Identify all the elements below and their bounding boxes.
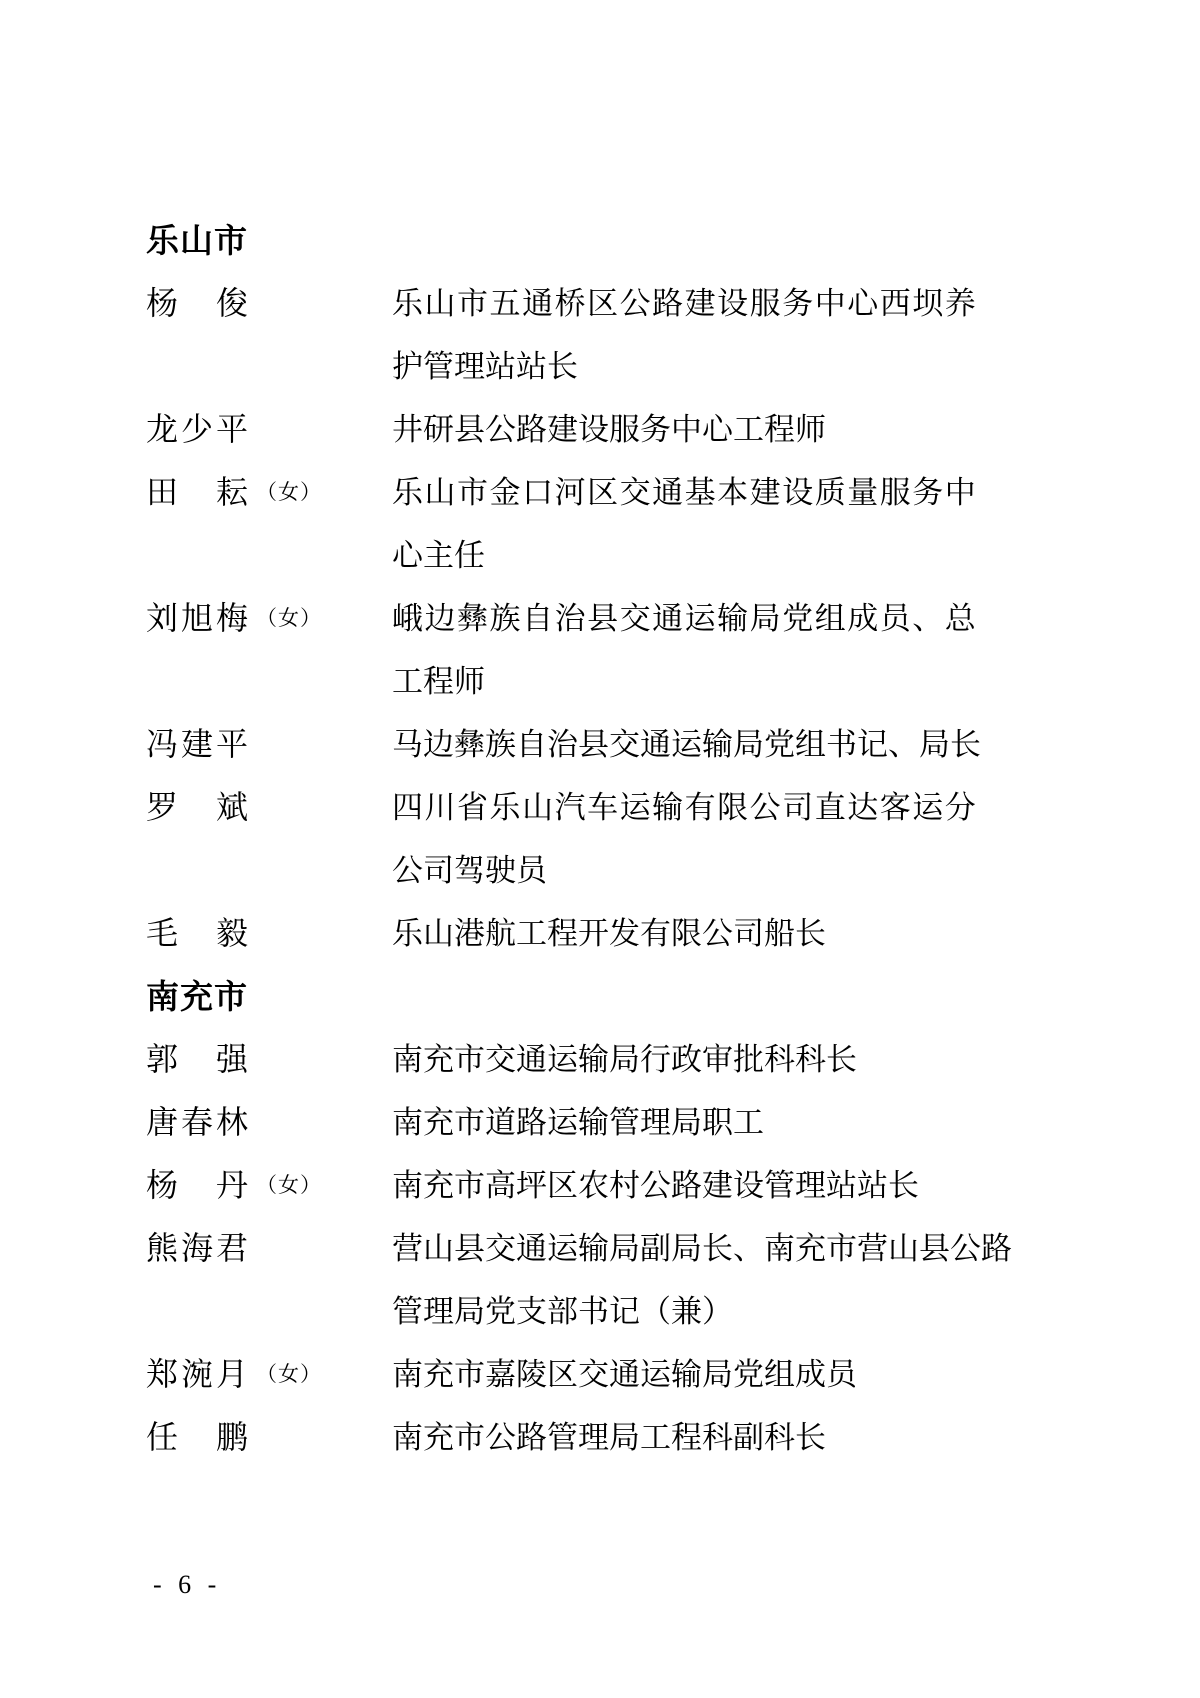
position-line: 南充市道路运输管理局职工 <box>392 1091 764 1154</box>
person-row: 罗斌 四川省乐山汽车运输有限公司直达客运分 公司驾驶员 <box>146 776 1126 902</box>
position-line: 公司驾驶员 <box>392 839 547 902</box>
person-row: 杨俊 乐山市五通桥区公路建设服务中心西坝养 护管理站站长 <box>146 272 1126 398</box>
person-row: 杨丹 （女） 南充市高坪区农村公路建设管理站站长 <box>146 1154 1126 1217</box>
position-cell: 南充市道路运输管理局职工 <box>392 1091 992 1154</box>
position-line: 营山县交通运输局副局长、南充市营山县公路 <box>392 1217 976 1280</box>
person-row: 郭强 南充市交通运输局行政审批科科长 <box>146 1028 1126 1091</box>
position-cell: 峨边彝族自治县交通运输局党组成员、总 工程师 <box>392 587 992 713</box>
section-heading-leshan: 乐山市 <box>146 209 1126 272</box>
person-name: 毛毅 <box>146 902 248 965</box>
person-row: 龙少平 井研县公路建设服务中心工程师 <box>146 398 1126 461</box>
position-cell: 乐山市五通桥区公路建设服务中心西坝养 护管理站站长 <box>392 272 992 398</box>
person-row: 毛毅 乐山港航工程开发有限公司船长 <box>146 902 1126 965</box>
section-heading-nanchong: 南充市 <box>146 965 1126 1028</box>
person-name: 任鹏 <box>146 1406 248 1469</box>
person-row: 刘旭梅 （女） 峨边彝族自治县交通运输局党组成员、总 工程师 <box>146 587 1126 713</box>
position-cell: 南充市高坪区农村公路建设管理站站长 <box>392 1154 992 1217</box>
city-heading: 南充市 <box>146 965 248 1028</box>
position-line: 南充市公路管理局工程科副科长 <box>392 1406 826 1469</box>
position-line: 四川省乐山汽车运输有限公司直达客运分 <box>392 776 976 839</box>
document-page: 乐山市 杨俊 乐山市五通桥区公路建设服务中心西坝养 护管理站站长 龙少平 井研县… <box>0 0 1200 1698</box>
person-row: 唐春林 南充市道路运输管理局职工 <box>146 1091 1126 1154</box>
person-row: 冯建平 马边彝族自治县交通运输局党组书记、局长 <box>146 713 1126 776</box>
position-line: 南充市嘉陵区交通运输局党组成员 <box>392 1343 857 1406</box>
position-cell: 马边彝族自治县交通运输局党组书记、局长 <box>392 713 992 776</box>
position-cell: 乐山港航工程开发有限公司船长 <box>392 902 992 965</box>
position-line: 马边彝族自治县交通运输局党组书记、局长 <box>392 713 976 776</box>
position-line: 乐山市金口河区交通基本建设质量服务中 <box>392 461 976 524</box>
gender-label: （女） <box>256 587 322 650</box>
position-line: 乐山港航工程开发有限公司船长 <box>392 902 826 965</box>
person-name: 刘旭梅 <box>146 587 248 650</box>
person-name: 杨俊 <box>146 272 248 335</box>
position-cell: 营山县交通运输局副局长、南充市营山县公路 管理局党支部书记（兼） <box>392 1217 992 1343</box>
page-number: - 6 - <box>153 1570 221 1600</box>
position-line: 管理局党支部书记（兼） <box>392 1280 733 1343</box>
position-line: 护管理站站长 <box>392 335 578 398</box>
person-name: 郭强 <box>146 1028 248 1091</box>
person-name: 杨丹 <box>146 1154 248 1217</box>
city-heading: 乐山市 <box>146 209 248 272</box>
person-row: 任鹏 南充市公路管理局工程科副科长 <box>146 1406 1126 1469</box>
position-cell: 四川省乐山汽车运输有限公司直达客运分 公司驾驶员 <box>392 776 992 902</box>
position-line: 井研县公路建设服务中心工程师 <box>392 398 826 461</box>
person-name: 田耘 <box>146 461 248 524</box>
gender-label: （女） <box>256 1154 322 1217</box>
position-line: 南充市高坪区农村公路建设管理站站长 <box>392 1154 919 1217</box>
position-line: 乐山市五通桥区公路建设服务中心西坝养 <box>392 272 976 335</box>
position-cell: 南充市交通运输局行政审批科科长 <box>392 1028 992 1091</box>
position-line: 南充市交通运输局行政审批科科长 <box>392 1028 857 1091</box>
person-name: 唐春林 <box>146 1091 248 1154</box>
person-name: 冯建平 <box>146 713 248 776</box>
person-row: 熊海君 营山县交通运输局副局长、南充市营山县公路 管理局党支部书记（兼） <box>146 1217 1126 1343</box>
position-cell: 南充市嘉陵区交通运输局党组成员 <box>392 1343 992 1406</box>
position-cell: 乐山市金口河区交通基本建设质量服务中 心主任 <box>392 461 992 587</box>
gender-label: （女） <box>256 461 322 524</box>
gender-label: （女） <box>256 1343 322 1406</box>
position-line: 心主任 <box>392 524 485 587</box>
person-row: 田耘 （女） 乐山市金口河区交通基本建设质量服务中 心主任 <box>146 461 1126 587</box>
position-line: 工程师 <box>392 650 485 713</box>
person-name: 郑涴月 <box>146 1343 248 1406</box>
position-cell: 井研县公路建设服务中心工程师 <box>392 398 992 461</box>
person-row: 郑涴月 （女） 南充市嘉陵区交通运输局党组成员 <box>146 1343 1126 1406</box>
roster-content: 乐山市 杨俊 乐山市五通桥区公路建设服务中心西坝养 护管理站站长 龙少平 井研县… <box>146 209 1126 1469</box>
position-line: 峨边彝族自治县交通运输局党组成员、总 <box>392 587 976 650</box>
person-name: 罗斌 <box>146 776 248 839</box>
person-name: 熊海君 <box>146 1217 248 1280</box>
person-name: 龙少平 <box>146 398 248 461</box>
position-cell: 南充市公路管理局工程科副科长 <box>392 1406 992 1469</box>
